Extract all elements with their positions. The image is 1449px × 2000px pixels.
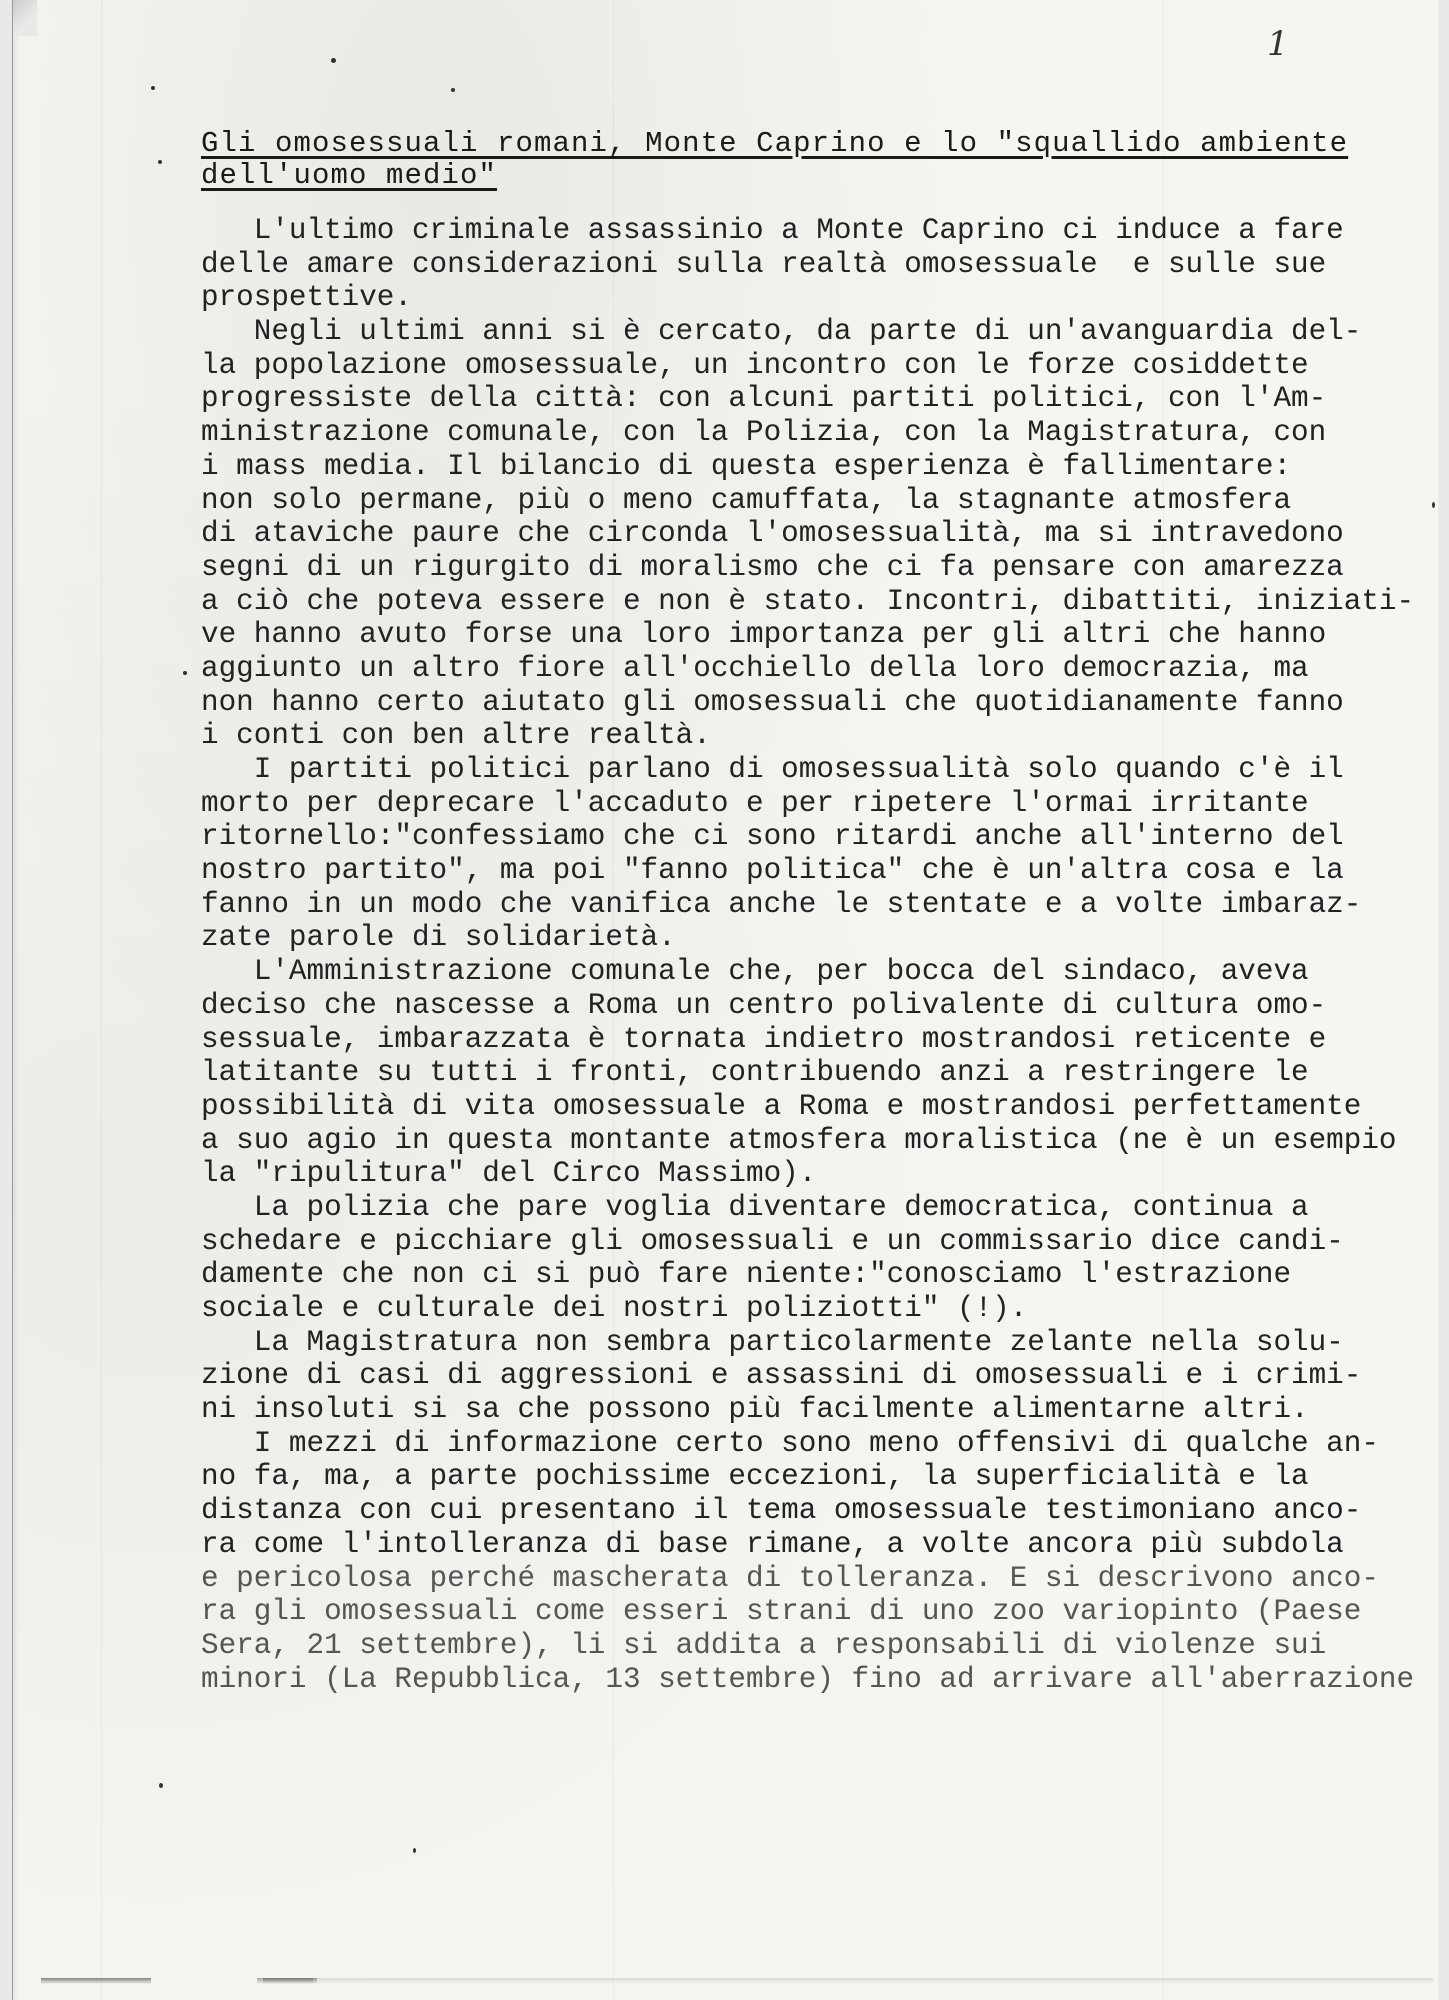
scanned-page: 1 Gli omosessuali romani, Monte Caprino … [12, 0, 1438, 2000]
text-line: i conti con ben altre realtà. [201, 719, 1414, 753]
text-line: ritornello:"confessiamo che ci sono rita… [201, 820, 1414, 854]
text-line: no fa, ma, a parte pochissime eccezioni,… [201, 1460, 1414, 1494]
text-line: delle amare considerazioni sulla realtà … [201, 248, 1414, 282]
text-line: Negli ultimi anni si è cercato, da parte… [201, 315, 1414, 349]
text-line: ni insoluti si sa che possono più facilm… [201, 1393, 1414, 1427]
title-line-1: Gli omosessuali romani, Monte Caprino e … [201, 128, 1348, 160]
text-line: La Magistratura non sembra particolarmen… [201, 1326, 1414, 1360]
text-line: damente che non ci si può fare niente:"c… [201, 1258, 1414, 1292]
text-line: I partiti politici parlano di omosessual… [201, 753, 1414, 787]
text-line: latitante su tutti i fronti, contribuend… [201, 1056, 1414, 1090]
text-line: possibilità di vita omosessuale a Roma e… [201, 1090, 1414, 1124]
title-text-2: dell'uomo medio" [201, 159, 497, 192]
text-line: minori (La Repubblica, 13 settembre) fin… [201, 1663, 1414, 1697]
dust-speck [183, 671, 187, 675]
text-line: L'ultimo criminale assassinio a Monte Ca… [201, 214, 1414, 248]
document-body: L'ultimo criminale assassinio a Monte Ca… [201, 214, 1414, 1696]
text-line: segni di un rigurgito di moralismo che c… [201, 551, 1414, 585]
dust-speck [331, 58, 336, 63]
dust-speck [1432, 502, 1435, 508]
text-line: ra come l'intolleranza di base rimane, a… [201, 1528, 1414, 1562]
page-number: 1 [1267, 24, 1289, 64]
text-line: ministrazione comunale, con la Polizia, … [201, 416, 1414, 450]
text-line: di ataviche paure che circonda l'omosess… [201, 517, 1414, 551]
text-line: a ciò che poteva essere e non è stato. I… [201, 585, 1414, 619]
text-line: morto per deprecare l'accaduto e per rip… [201, 787, 1414, 821]
text-line: nostro partito", ma poi "fanno politica"… [201, 854, 1414, 888]
title-line-2: dell'uomo medio" [201, 160, 1348, 192]
text-line: i mass media. Il bilancio di questa espe… [201, 450, 1414, 484]
text-line: e pericolosa perché mascherata di toller… [201, 1562, 1414, 1596]
scan-smudge [41, 1978, 151, 1984]
text-line: La polizia che pare voglia diventare dem… [201, 1191, 1414, 1225]
text-line: schedare e picchiare gli omosessuali e u… [201, 1225, 1414, 1259]
text-line: I mezzi di informazione certo sono meno … [201, 1427, 1414, 1461]
text-line: L'Amministrazione comunale che, per bocc… [201, 955, 1414, 989]
text-line: prospettive. [201, 281, 1414, 315]
dust-speck [158, 160, 162, 164]
text-line: zate parole di solidarietà. [201, 921, 1414, 955]
scan-smudge [263, 1978, 1433, 1984]
text-line: non hanno certo aiutato gli omosessuali … [201, 686, 1414, 720]
text-line: Sera, 21 settembre), li si addita a resp… [201, 1629, 1414, 1663]
text-line: aggiunto un altro fiore all'occhiello de… [201, 652, 1414, 686]
scan-streak [101, 0, 102, 2000]
title-text-1: Gli omosessuali romani, Monte Caprino e … [201, 127, 1348, 160]
text-line: sessuale, imbarazzata è tornata indietro… [201, 1023, 1414, 1057]
dust-speck [451, 88, 455, 92]
text-line: ve hanno avuto forse una loro importanza… [201, 618, 1414, 652]
text-line: non solo permane, più o meno camuffata, … [201, 484, 1414, 518]
dust-speck [159, 1783, 163, 1788]
text-line: distanza con cui presentano il tema omos… [201, 1494, 1414, 1528]
document-title: Gli omosessuali romani, Monte Caprino e … [201, 128, 1348, 192]
dust-speck [413, 1848, 416, 1853]
page-corner-shadow [13, 0, 37, 36]
dust-speck [151, 86, 155, 90]
text-line: progressiste della città: con alcuni par… [201, 382, 1414, 416]
text-line: deciso che nascesse a Roma un centro pol… [201, 989, 1414, 1023]
text-line: fanno in un modo che vanifica anche le s… [201, 888, 1414, 922]
text-line: sociale e culturale dei nostri poliziott… [201, 1292, 1414, 1326]
text-line: la popolazione omosessuale, un incontro … [201, 349, 1414, 383]
text-line: a suo agio in questa montante atmosfera … [201, 1124, 1414, 1158]
text-line: la "ripulitura" del Circo Massimo). [201, 1157, 1414, 1191]
scan-smudge [257, 1978, 317, 1984]
text-line: ra gli omosessuali come esseri strani di… [201, 1595, 1414, 1629]
text-line: zione di casi di aggressioni e assassini… [201, 1359, 1414, 1393]
